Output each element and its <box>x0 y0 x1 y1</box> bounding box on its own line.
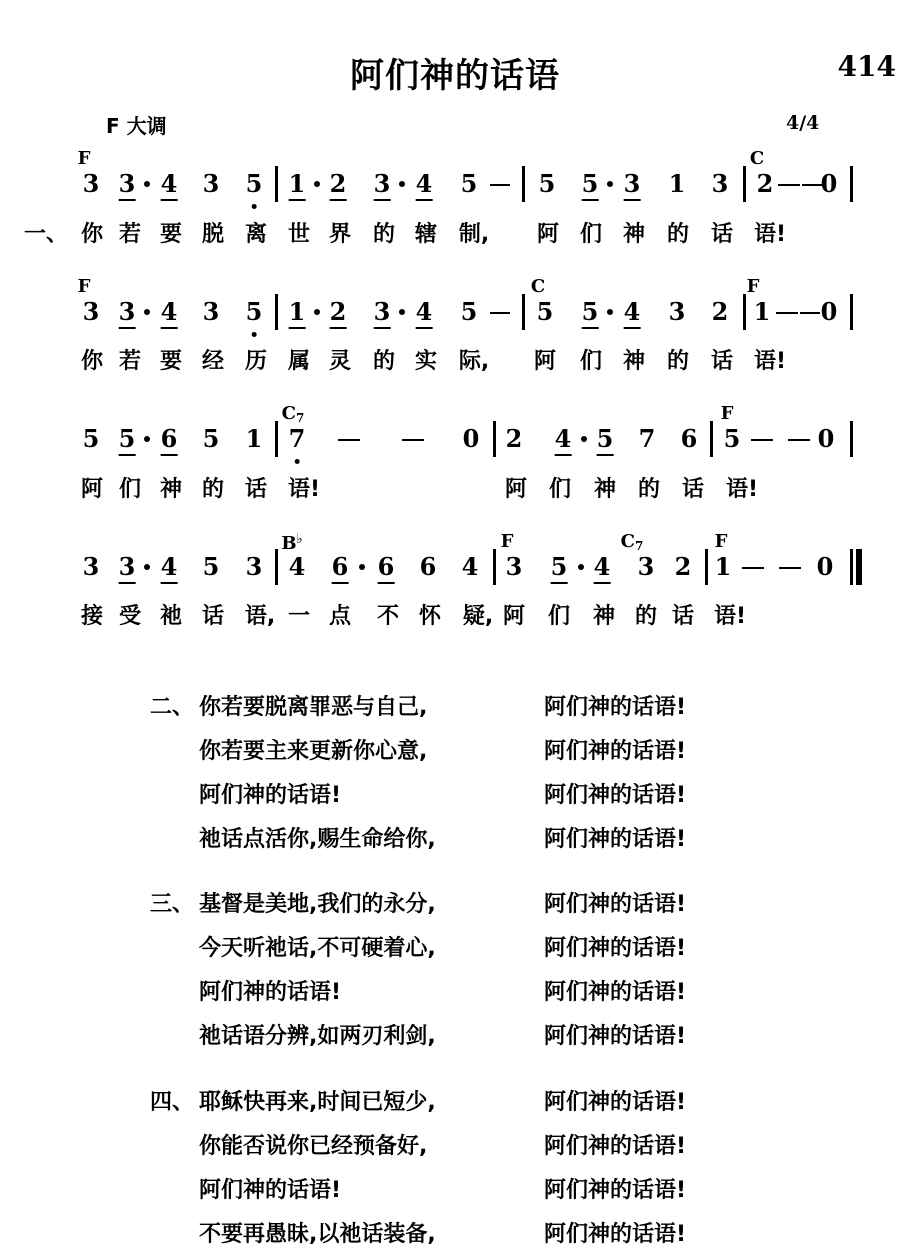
note: 2 <box>330 172 347 196</box>
bar-line <box>710 421 713 457</box>
note: 5 <box>119 427 136 451</box>
note: 4 <box>555 427 572 451</box>
final-bar-thick <box>856 549 862 585</box>
augmentation-dot <box>144 309 150 315</box>
lyric-syllable: 语, <box>245 606 275 628</box>
sustain-dash <box>751 439 773 441</box>
bar-line <box>275 294 278 330</box>
note: 5 <box>539 172 556 196</box>
note: 0 <box>821 172 838 196</box>
note: 2 <box>330 300 347 324</box>
note: 1 <box>715 555 732 579</box>
chord-symbol: C7 <box>621 533 644 552</box>
lyric-syllable: 的 <box>202 479 224 501</box>
bar-line <box>705 549 708 585</box>
note: 3 <box>712 172 729 196</box>
augmentation-dot <box>144 564 150 570</box>
hymn-title: 阿们神的话语 <box>0 48 910 97</box>
verse-number: 二、 <box>150 697 194 719</box>
lyric-syllable: 际, <box>459 351 489 373</box>
note: 3 <box>119 300 136 324</box>
note: 3 <box>83 300 100 324</box>
lyric-syllable: 的 <box>635 606 657 628</box>
lyric-syllable: 语! <box>288 479 320 501</box>
note: 3 <box>203 172 220 196</box>
bar-line <box>850 421 853 457</box>
note: 6 <box>378 555 395 579</box>
note: 5 <box>582 172 599 196</box>
note: 4 <box>594 555 611 579</box>
chord-label: F <box>721 403 734 424</box>
verse-refrain: 阿们神的话语! <box>544 894 686 916</box>
note: 1 <box>289 172 306 196</box>
lyric-syllable: 点 <box>329 606 351 628</box>
note: 0 <box>821 300 838 324</box>
verse-refrain: 阿们神的话语! <box>544 982 686 1004</box>
chord-label: C <box>621 531 635 552</box>
lyric-syllable: 阿 <box>81 479 103 501</box>
verse-refrain: 阿们神的话语! <box>544 697 686 719</box>
note: 4 <box>161 172 178 196</box>
note: 5 <box>461 300 478 324</box>
chord-symbol: F <box>747 278 760 296</box>
note: 3 <box>246 555 263 579</box>
lyric-syllable: 话 <box>682 479 704 501</box>
lyric-syllable: 神 <box>623 224 645 246</box>
lyric-syllable: 们 <box>549 479 571 501</box>
note: 4 <box>416 300 433 324</box>
lyric-syllable: 不 <box>377 606 399 628</box>
lyric-syllable: 神 <box>593 606 615 628</box>
augmentation-dot <box>607 309 613 315</box>
lyric-syllable: 们 <box>119 479 141 501</box>
lyric-syllable: 的 <box>667 224 689 246</box>
note: 7 <box>289 427 306 451</box>
note: 5 <box>582 300 599 324</box>
bar-line <box>493 421 496 457</box>
verse-line-text: 基督是美地,我们的永分, <box>199 894 436 916</box>
verse-refrain: 阿们神的话语! <box>544 1092 686 1114</box>
note: 2 <box>675 555 692 579</box>
verse-line-text: 今天听祂话,不可硬着心, <box>199 938 436 960</box>
lyric-syllable: 话 <box>711 224 733 246</box>
lyric-syllable: 脱 <box>202 224 224 246</box>
lyric-syllable: 话 <box>711 351 733 373</box>
lyric-syllable: 们 <box>580 224 602 246</box>
note: 3 <box>83 555 100 579</box>
note: 5 <box>246 300 263 324</box>
note: 7 <box>639 427 656 451</box>
lyric-syllable: 阿 <box>537 224 559 246</box>
lyric-syllable: 受 <box>119 606 141 628</box>
lyric-syllable: 离 <box>245 224 267 246</box>
note: 6 <box>420 555 437 579</box>
bar-line <box>275 166 278 202</box>
note: 5 <box>203 555 220 579</box>
chord-symbol: F <box>501 533 514 551</box>
note: 3 <box>624 172 641 196</box>
chord-extension: 7 <box>635 539 643 553</box>
lyric-syllable: 语! <box>754 351 786 373</box>
lyric-syllable: 话 <box>672 606 694 628</box>
chord-label: F <box>715 531 728 552</box>
lyric-syllable: 属 <box>288 351 310 373</box>
lyric-syllable: 一 <box>288 606 310 628</box>
lyric-syllable: 的 <box>638 479 660 501</box>
augmentation-dot <box>144 436 150 442</box>
lyric-syllable: 的 <box>373 351 395 373</box>
note: 4 <box>161 300 178 324</box>
chord-label: F <box>78 148 91 169</box>
chord-label: F <box>78 276 91 297</box>
lyric-syllable: 经 <box>202 351 224 373</box>
lyric-syllable: 神 <box>160 479 182 501</box>
sustain-dash <box>490 312 510 314</box>
lyric-syllable: 阿 <box>503 606 525 628</box>
chord-label: F <box>747 276 760 297</box>
lyric-syllable: 要 <box>160 351 182 373</box>
lyric-syllable: 要 <box>160 224 182 246</box>
note: 3 <box>374 300 391 324</box>
lyric-syllable: 历 <box>245 351 267 373</box>
note: 6 <box>681 427 698 451</box>
note: 4 <box>624 300 641 324</box>
key-signature: F 大调 <box>106 110 167 139</box>
note: 4 <box>161 555 178 579</box>
sustain-dash <box>402 439 424 441</box>
verse-line-text: 祂话点活你,赐生命给你, <box>199 829 436 851</box>
bar-line <box>850 294 853 330</box>
bar-line <box>850 166 853 202</box>
note: 4 <box>416 172 433 196</box>
note: 4 <box>462 555 479 579</box>
chord-label: F <box>501 531 514 552</box>
hymn-number: 414 <box>838 50 896 83</box>
lyric-syllable: 语! <box>754 224 786 246</box>
lyric-syllable: 怀 <box>419 606 441 628</box>
chord-label: C <box>531 276 545 297</box>
lyric-syllable: 灵 <box>329 351 351 373</box>
sustain-dash <box>338 439 360 441</box>
lyric-syllable: 你 <box>81 224 103 246</box>
verse-refrain: 阿们神的话语! <box>544 741 686 763</box>
lyric-syllable: 疑, <box>463 606 493 628</box>
lyric-syllable: 话 <box>245 479 267 501</box>
note: 2 <box>506 427 523 451</box>
note: 1 <box>754 300 771 324</box>
note: 3 <box>203 300 220 324</box>
chord-symbol: F <box>721 405 734 423</box>
augmentation-dot <box>399 181 405 187</box>
verse-line-text: 你能否说你已经预备好, <box>199 1136 427 1158</box>
note: 3 <box>374 172 391 196</box>
lyric-syllable: 一、 <box>24 224 68 246</box>
time-signature: 4/4 <box>786 112 819 134</box>
augmentation-dot <box>607 181 613 187</box>
note: 5 <box>203 427 220 451</box>
lyric-syllable: 世 <box>288 224 310 246</box>
bar-line <box>743 166 746 202</box>
chord-symbol: F <box>78 150 91 168</box>
chord-symbol: B♭ <box>281 533 302 553</box>
augmentation-dot <box>399 309 405 315</box>
augmentation-dot <box>314 309 320 315</box>
sustain-dash <box>788 439 810 441</box>
verse-number: 四、 <box>150 1092 194 1114</box>
bar-line <box>522 294 525 330</box>
verse-refrain: 阿们神的话语! <box>544 1224 686 1246</box>
lyric-syllable: 们 <box>548 606 570 628</box>
sustain-dash <box>802 184 822 186</box>
sustain-dash <box>800 312 820 314</box>
lyric-syllable: 辖 <box>415 224 437 246</box>
lyric-syllable: 的 <box>373 224 395 246</box>
note: 5 <box>597 427 614 451</box>
chord-symbol: F <box>78 278 91 296</box>
verse-line-text: 不要再愚昧,以祂话装备, <box>199 1224 436 1246</box>
note: 5 <box>83 427 100 451</box>
bar-line <box>275 549 278 585</box>
note: 3 <box>506 555 523 579</box>
note: 1 <box>669 172 686 196</box>
note: 6 <box>161 427 178 451</box>
sustain-dash <box>490 184 510 186</box>
sustain-dash <box>778 184 800 186</box>
verse-refrain: 阿们神的话语! <box>544 938 686 960</box>
note: 2 <box>757 172 774 196</box>
lyric-syllable: 话 <box>202 606 224 628</box>
note: 0 <box>818 427 835 451</box>
note: 3 <box>638 555 655 579</box>
chord-symbol: C <box>750 150 764 168</box>
note: 0 <box>463 427 480 451</box>
chord-label: C <box>282 403 296 424</box>
bar-line <box>493 549 496 585</box>
lyric-syllable: 制, <box>459 224 489 246</box>
chord-symbol: C <box>531 278 545 296</box>
lyric-syllable: 祂 <box>160 606 182 628</box>
note: 5 <box>246 172 263 196</box>
verse-number: 三、 <box>150 894 194 916</box>
note: 3 <box>83 172 100 196</box>
lyric-syllable: 语! <box>726 479 758 501</box>
sustain-dash <box>742 567 764 569</box>
note: 5 <box>537 300 554 324</box>
lyric-syllable: 神 <box>594 479 616 501</box>
note: 5 <box>724 427 741 451</box>
note: 3 <box>119 172 136 196</box>
final-bar-thin <box>850 549 853 585</box>
lyric-syllable: 界 <box>329 224 351 246</box>
lyric-syllable: 阿 <box>505 479 527 501</box>
bar-line <box>522 166 525 202</box>
chord-extension: 7 <box>296 411 304 425</box>
verse-refrain: 阿们神的话语! <box>544 1026 686 1048</box>
chord-symbol: C7 <box>282 405 305 424</box>
augmentation-dot <box>359 564 365 570</box>
sustain-dash <box>776 312 798 314</box>
note: 0 <box>817 555 834 579</box>
verse-refrain: 阿们神的话语! <box>544 785 686 807</box>
lyric-syllable: 你 <box>81 351 103 373</box>
verse-line-text: 你若要主来更新你心意, <box>199 741 427 763</box>
lyric-syllable: 若 <box>119 351 141 373</box>
verse-line-text: 阿们神的话语! <box>199 982 341 1004</box>
verse-line-text: 阿们神的话语! <box>199 785 341 807</box>
note: 6 <box>332 555 349 579</box>
verse-line-text: 耶稣快再来,时间已短少, <box>199 1092 436 1114</box>
bar-line <box>743 294 746 330</box>
note: 1 <box>289 300 306 324</box>
lyric-syllable: 语! <box>714 606 746 628</box>
augmentation-dot <box>314 181 320 187</box>
note: 5 <box>461 172 478 196</box>
augmentation-dot <box>144 181 150 187</box>
augmentation-dot <box>581 436 587 442</box>
lyric-syllable: 阿 <box>534 351 556 373</box>
lyric-syllable: 接 <box>81 606 103 628</box>
note: 2 <box>712 300 729 324</box>
lyric-syllable: 们 <box>580 351 602 373</box>
verse-line-text: 阿们神的话语! <box>199 1180 341 1202</box>
note: 1 <box>246 427 263 451</box>
verse-refrain: 阿们神的话语! <box>544 829 686 851</box>
note: 4 <box>289 555 306 579</box>
verse-line-text: 你若要脱离罪恶与自己, <box>199 697 427 719</box>
bar-line <box>275 421 278 457</box>
lyric-syllable: 若 <box>119 224 141 246</box>
verse-refrain: 阿们神的话语! <box>544 1136 686 1158</box>
lyric-syllable: 的 <box>667 351 689 373</box>
note: 3 <box>669 300 686 324</box>
note: 3 <box>119 555 136 579</box>
chord-label: B <box>281 533 296 554</box>
chord-label: C <box>750 148 764 169</box>
augmentation-dot <box>578 564 584 570</box>
sustain-dash <box>779 567 801 569</box>
note: 5 <box>551 555 568 579</box>
flat-icon: ♭ <box>297 532 303 547</box>
chord-symbol: F <box>715 533 728 551</box>
lyric-syllable: 神 <box>623 351 645 373</box>
lyric-syllable: 实 <box>415 351 437 373</box>
verse-line-text: 祂话语分辨,如两刃利剑, <box>199 1026 436 1048</box>
verse-refrain: 阿们神的话语! <box>544 1180 686 1202</box>
